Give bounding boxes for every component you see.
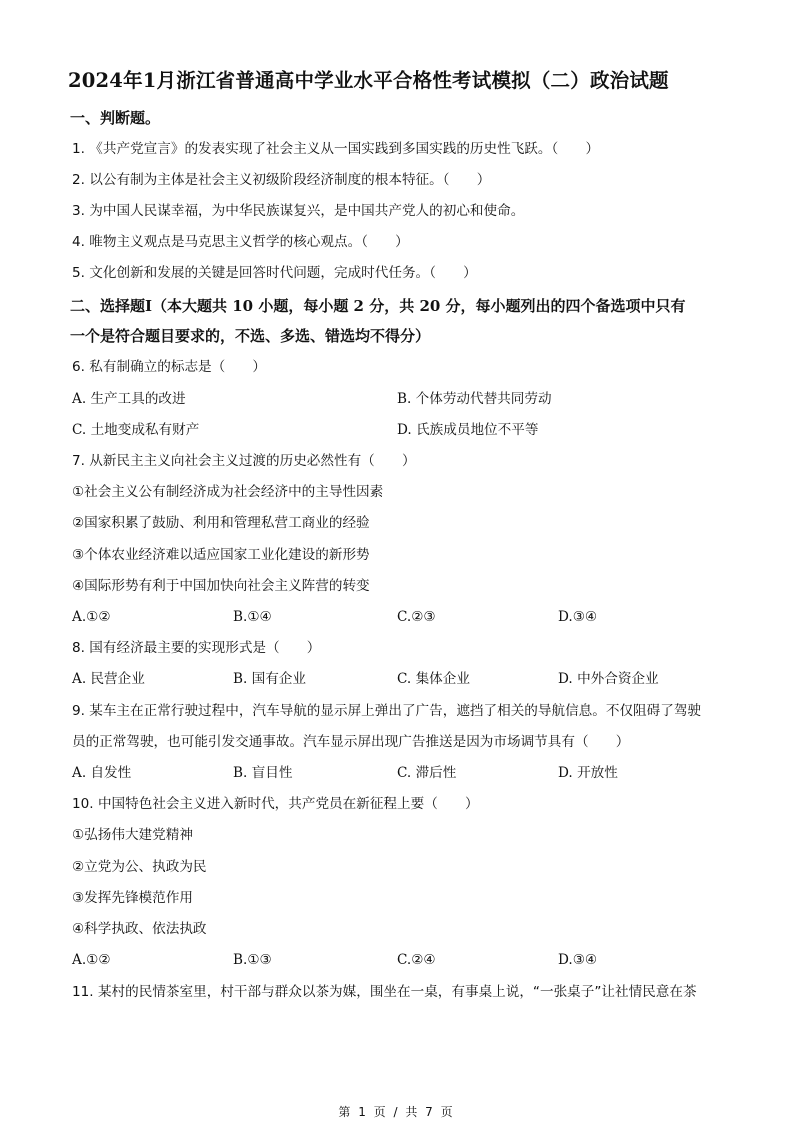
option-text: 土地变成私有财产 <box>91 422 200 438</box>
exam-page: 2024年1月浙江省普通高中学业水平合格性考试模拟（二）政治试题 一、判断题。 … <box>0 0 793 1122</box>
question-9-stem-line1: 9. 某车主在正常行驶过程中，汽车导航的显示屏上弹出了广告，遮挡了相关的导航信息… <box>72 701 701 721</box>
option-text: ①② <box>86 952 110 968</box>
question-7-option-d[interactable]: D.③④ <box>558 607 597 627</box>
question-7-stem: 7. 从新民主主义向社会主义过渡的历史必然性有（ ） <box>72 451 416 471</box>
question-8-stem: 8. 国有经济最主要的实现形式是（ ） <box>72 638 320 658</box>
option-text: 生产工具的改进 <box>90 391 185 407</box>
question-10-statement-3: ③发挥先锋模范作用 <box>72 888 193 908</box>
option-text: 集体企业 <box>416 671 470 687</box>
option-text: 自发性 <box>90 765 131 781</box>
question-6-option-b[interactable]: B. 个体劳动代替共同劳动 <box>397 389 552 409</box>
option-text: ②③ <box>411 609 435 625</box>
question-7-option-a[interactable]: A.①② <box>72 607 111 627</box>
question-8-option-a[interactable]: A. 民营企业 <box>72 669 145 689</box>
question-7-option-b[interactable]: B.①④ <box>233 607 272 627</box>
question-10-option-a[interactable]: A.①② <box>72 950 111 970</box>
question-7-option-c[interactable]: C.②③ <box>397 607 436 627</box>
option-text: 滞后性 <box>416 765 457 781</box>
question-10-options: A.①② B.①③ C.②④ D.③④ <box>72 950 732 970</box>
option-key: D. <box>558 671 573 687</box>
section-heading-true-false: 一、判断题。 <box>70 107 160 129</box>
question-7-options: A.①② B.①④ C.②③ D.③④ <box>72 607 732 627</box>
option-key: B. <box>233 952 247 968</box>
option-text: 国有企业 <box>252 671 306 687</box>
question-10-stem: 10. 中国特色社会主义进入新时代，共产党员在新征程上要（ ） <box>72 794 479 814</box>
question-6-stem: 6. 私有制确立的标志是（ ） <box>72 357 266 377</box>
option-key: D. <box>558 609 573 625</box>
question-9-option-d[interactable]: D. 开放性 <box>558 763 618 783</box>
option-key: A. <box>72 671 86 687</box>
option-key: A. <box>72 391 86 407</box>
option-key: C. <box>397 952 411 968</box>
question-3: 3. 为中国人民谋幸福，为中华民族谋复兴，是中国共产党人的初心和使命。 <box>72 201 524 221</box>
option-key: C. <box>397 671 411 687</box>
option-text: 盲目性 <box>252 765 293 781</box>
question-7-statement-4: ④国际形势有利于中国加快向社会主义阵营的转变 <box>72 576 370 596</box>
option-key: B. <box>397 391 411 407</box>
question-9-option-b[interactable]: B. 盲目性 <box>233 763 292 783</box>
question-10-statement-2: ②立党为公、执政为民 <box>72 857 207 877</box>
page-footer: 第 1 页 / 共 7 页 <box>0 1104 793 1120</box>
question-9-options: A. 自发性 B. 盲目性 C. 滞后性 D. 开放性 <box>72 763 732 783</box>
option-text: 氏族成员地位不平等 <box>416 422 538 438</box>
question-9-option-c[interactable]: C. 滞后性 <box>397 763 456 783</box>
question-6-options-row1: A. 生产工具的改进 B. 个体劳动代替共同劳动 <box>72 389 732 409</box>
option-key: B. <box>233 671 247 687</box>
question-7-statement-3: ③个体农业经济难以适应国家工业化建设的新形势 <box>72 545 370 565</box>
question-6-options-row2: C. 土地变成私有财产 D. 氏族成员地位不平等 <box>72 420 732 440</box>
question-6-option-a[interactable]: A. 生产工具的改进 <box>72 389 186 409</box>
section-heading-multiple-choice-line1: 二、选择题Ⅰ（本大题共 10 小题，每小题 2 分，共 20 分，每小题列出的四… <box>70 295 686 317</box>
option-key: C. <box>397 765 411 781</box>
option-text: ③④ <box>573 609 597 625</box>
question-9-stem-line2: 员的正常驾驶，也可能引发交通事故。汽车显示屏出现广告推送是因为市场调节具有（ ） <box>72 732 629 752</box>
question-8-option-c[interactable]: C. 集体企业 <box>397 669 470 689</box>
option-key: A. <box>72 765 86 781</box>
option-key: D. <box>558 952 573 968</box>
option-text: 中外合资企业 <box>577 671 659 687</box>
question-1: 1. 《共产党宣言》的发表实现了社会主义从一国实践到多国实践的历史性飞跃。（ ） <box>72 139 599 159</box>
document-title: 2024年1月浙江省普通高中学业水平合格性考试模拟（二）政治试题 <box>68 66 728 96</box>
question-7-statement-1: ①社会主义公有制经济成为社会经济中的主导性因素 <box>72 482 383 502</box>
section-heading-multiple-choice-line2: 一个是符合题目要求的，不选、多选、错选均不得分） <box>70 325 430 347</box>
question-2: 2. 以公有制为主体是社会主义初级阶段经济制度的根本特征。（ ） <box>72 170 490 190</box>
question-10-option-c[interactable]: C.②④ <box>397 950 436 970</box>
question-10-option-b[interactable]: B.①③ <box>233 950 272 970</box>
question-9-option-a[interactable]: A. 自发性 <box>72 763 131 783</box>
option-text: ①④ <box>247 609 271 625</box>
question-8-option-d[interactable]: D. 中外合资企业 <box>558 669 659 689</box>
option-text: 个体劳动代替共同劳动 <box>416 391 552 407</box>
question-4: 4. 唯物主义观点是马克思主义哲学的核心观点。（ ） <box>72 232 409 252</box>
option-text: 民营企业 <box>90 671 144 687</box>
question-7-statement-2: ②国家积累了鼓励、利用和管理私营工商业的经验 <box>72 513 370 533</box>
option-key: D. <box>397 422 412 438</box>
question-8-options: A. 民营企业 B. 国有企业 C. 集体企业 D. 中外合资企业 <box>72 669 732 689</box>
option-text: ②④ <box>411 952 435 968</box>
question-10-option-d[interactable]: D.③④ <box>558 950 597 970</box>
question-6-option-c[interactable]: C. 土地变成私有财产 <box>72 420 199 440</box>
option-text: 开放性 <box>577 765 618 781</box>
question-8-option-b[interactable]: B. 国有企业 <box>233 669 306 689</box>
option-text: ①③ <box>247 952 271 968</box>
option-key: D. <box>558 765 573 781</box>
question-10-statement-1: ①弘扬伟大建党精神 <box>72 825 193 845</box>
option-key: A. <box>72 952 86 968</box>
question-6-option-d[interactable]: D. 氏族成员地位不平等 <box>397 420 538 440</box>
option-key: B. <box>233 609 247 625</box>
question-5: 5. 文化创新和发展的关键是回答时代问题，完成时代任务。（ ） <box>72 263 477 283</box>
question-11-stem-line1: 11. 某村的民情茶室里，村干部与群众以茶为媒，围坐在一桌，有事桌上说，“一张桌… <box>72 982 697 1002</box>
option-key: A. <box>72 609 86 625</box>
option-text: ③④ <box>573 952 597 968</box>
option-key: C. <box>397 609 411 625</box>
option-text: ①② <box>86 609 110 625</box>
option-key: B. <box>233 765 247 781</box>
option-key: C. <box>72 422 86 438</box>
question-10-statement-4: ④科学执政、依法执政 <box>72 919 207 939</box>
